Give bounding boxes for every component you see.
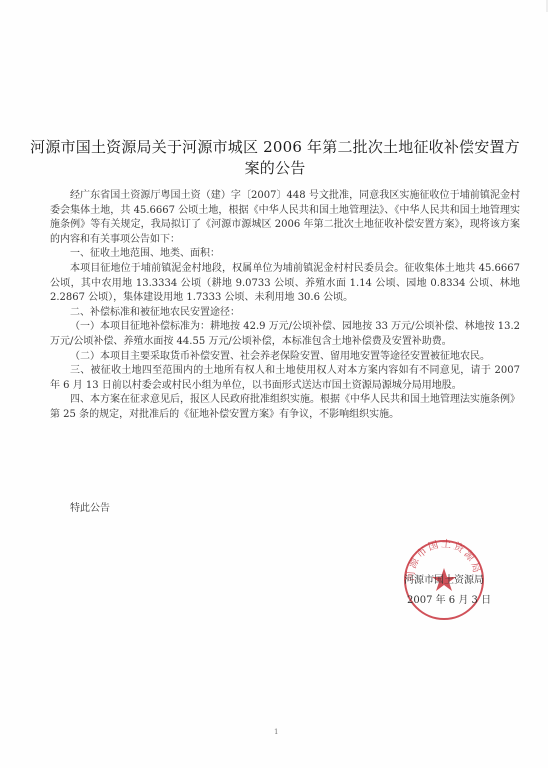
section-4-paragraph: 四、本方案在征求意见后，报区人民政府批准组织实施。根据《中华人民共和国土地管理法… xyxy=(50,393,520,422)
closing-text: 特此公告 xyxy=(70,499,110,514)
issue-date: 2007 年 6 月 3 日 xyxy=(404,593,514,609)
intro-paragraph: 经广东省国土资源厅粤国土资（建）字〔2007〕448 号文批准，同意我区实施征收… xyxy=(50,189,520,247)
section-1-heading: 一、征收土地范围、地类、面积： xyxy=(50,247,520,262)
section-2-item-1: （一）本项目征地补偿标准为：耕地按 42.9 万元/公顷补偿、园地按 33 万元… xyxy=(50,320,520,349)
issuer-name: 河源市国土资源局 xyxy=(404,573,514,589)
document-title: 河源市国土资源局关于河源市城区 2006 年第二批次土地征收补偿安置方案的公告 xyxy=(30,137,520,179)
section-1-paragraph: 本项目征地位于埔前镇泥金村地段，权属单位为埔前镇泥金村村民委员会。征收集体土地共… xyxy=(50,262,520,306)
section-3-paragraph: 三、被征收土地四至范围内的土地所有权人和土地使用权人对本方案内容如有不同意见，请… xyxy=(50,364,520,393)
signature-block: 河源市国土资源局 2007 年 6 月 3 日 xyxy=(404,573,514,609)
section-2-heading: 二、补偿标准和被征地农民安置途径： xyxy=(50,306,520,321)
section-2-item-2: （二）本项目主要采取货币补偿安置、社会养老保险安置、留用地安置等途径安置被征地农… xyxy=(50,350,520,365)
page-number: 1 xyxy=(274,728,278,736)
document-body: 经广东省国土资源厅粤国土资（建）字〔2007〕448 号文批准，同意我区实施征收… xyxy=(50,189,520,423)
